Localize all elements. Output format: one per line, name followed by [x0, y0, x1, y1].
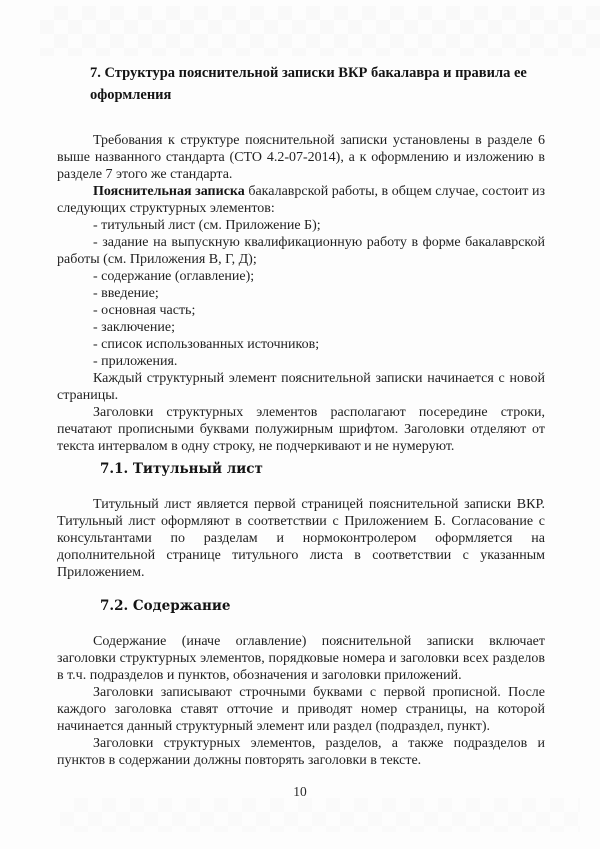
paragraph-headings-written: Заголовки записывают строчными буквами с…	[57, 684, 545, 735]
paragraph-heading-rules: Заголовки структурных элементов располаг…	[57, 404, 545, 455]
list-item-main-part: - основная часть;	[57, 302, 545, 319]
paragraph-headings-repeat: Заголовки структурных элементов, раздело…	[57, 735, 545, 769]
list-item-appendices: - приложения.	[57, 353, 545, 370]
list-item-sources: - список использованных источников;	[57, 336, 545, 353]
paragraph-title-page-details: Титульный лист является первой страницей…	[57, 496, 545, 581]
section-7-heading: 7. Структура пояснительной записки ВКР б…	[90, 62, 530, 106]
subsection-7-1-heading: 7.1. Титульный лист	[100, 460, 545, 479]
document-page: 7. Структура пояснительной записки ВКР б…	[0, 0, 600, 849]
page-number: 10	[0, 783, 600, 800]
bold-term-explanatory-note: Пояснительная записка	[93, 184, 245, 199]
list-item-contents: - содержание (оглавление);	[57, 268, 545, 285]
paragraph-requirements: Требования к структуре пояснительной зап…	[57, 132, 545, 183]
list-item-assignment: - задание на выпускную квалификационную …	[57, 234, 545, 268]
paragraph-contents-includes: Содержание (иначе оглавление) пояснитель…	[57, 633, 545, 684]
list-item-introduction: - введение;	[57, 285, 545, 302]
subsection-7-2-heading: 7.2. Содержание	[100, 597, 545, 616]
scan-artifact-top	[40, 6, 600, 56]
list-item-title-page: - титульный лист (см. Приложение Б);	[57, 217, 545, 234]
paragraph-structure-intro: Пояснительная записка бакалаврской работ…	[57, 183, 545, 217]
scan-artifact-bottom	[60, 798, 580, 832]
list-item-conclusion: - заключение;	[57, 319, 545, 336]
paragraph-new-page-rule: Каждый структурный элемент пояснительной…	[57, 370, 545, 404]
